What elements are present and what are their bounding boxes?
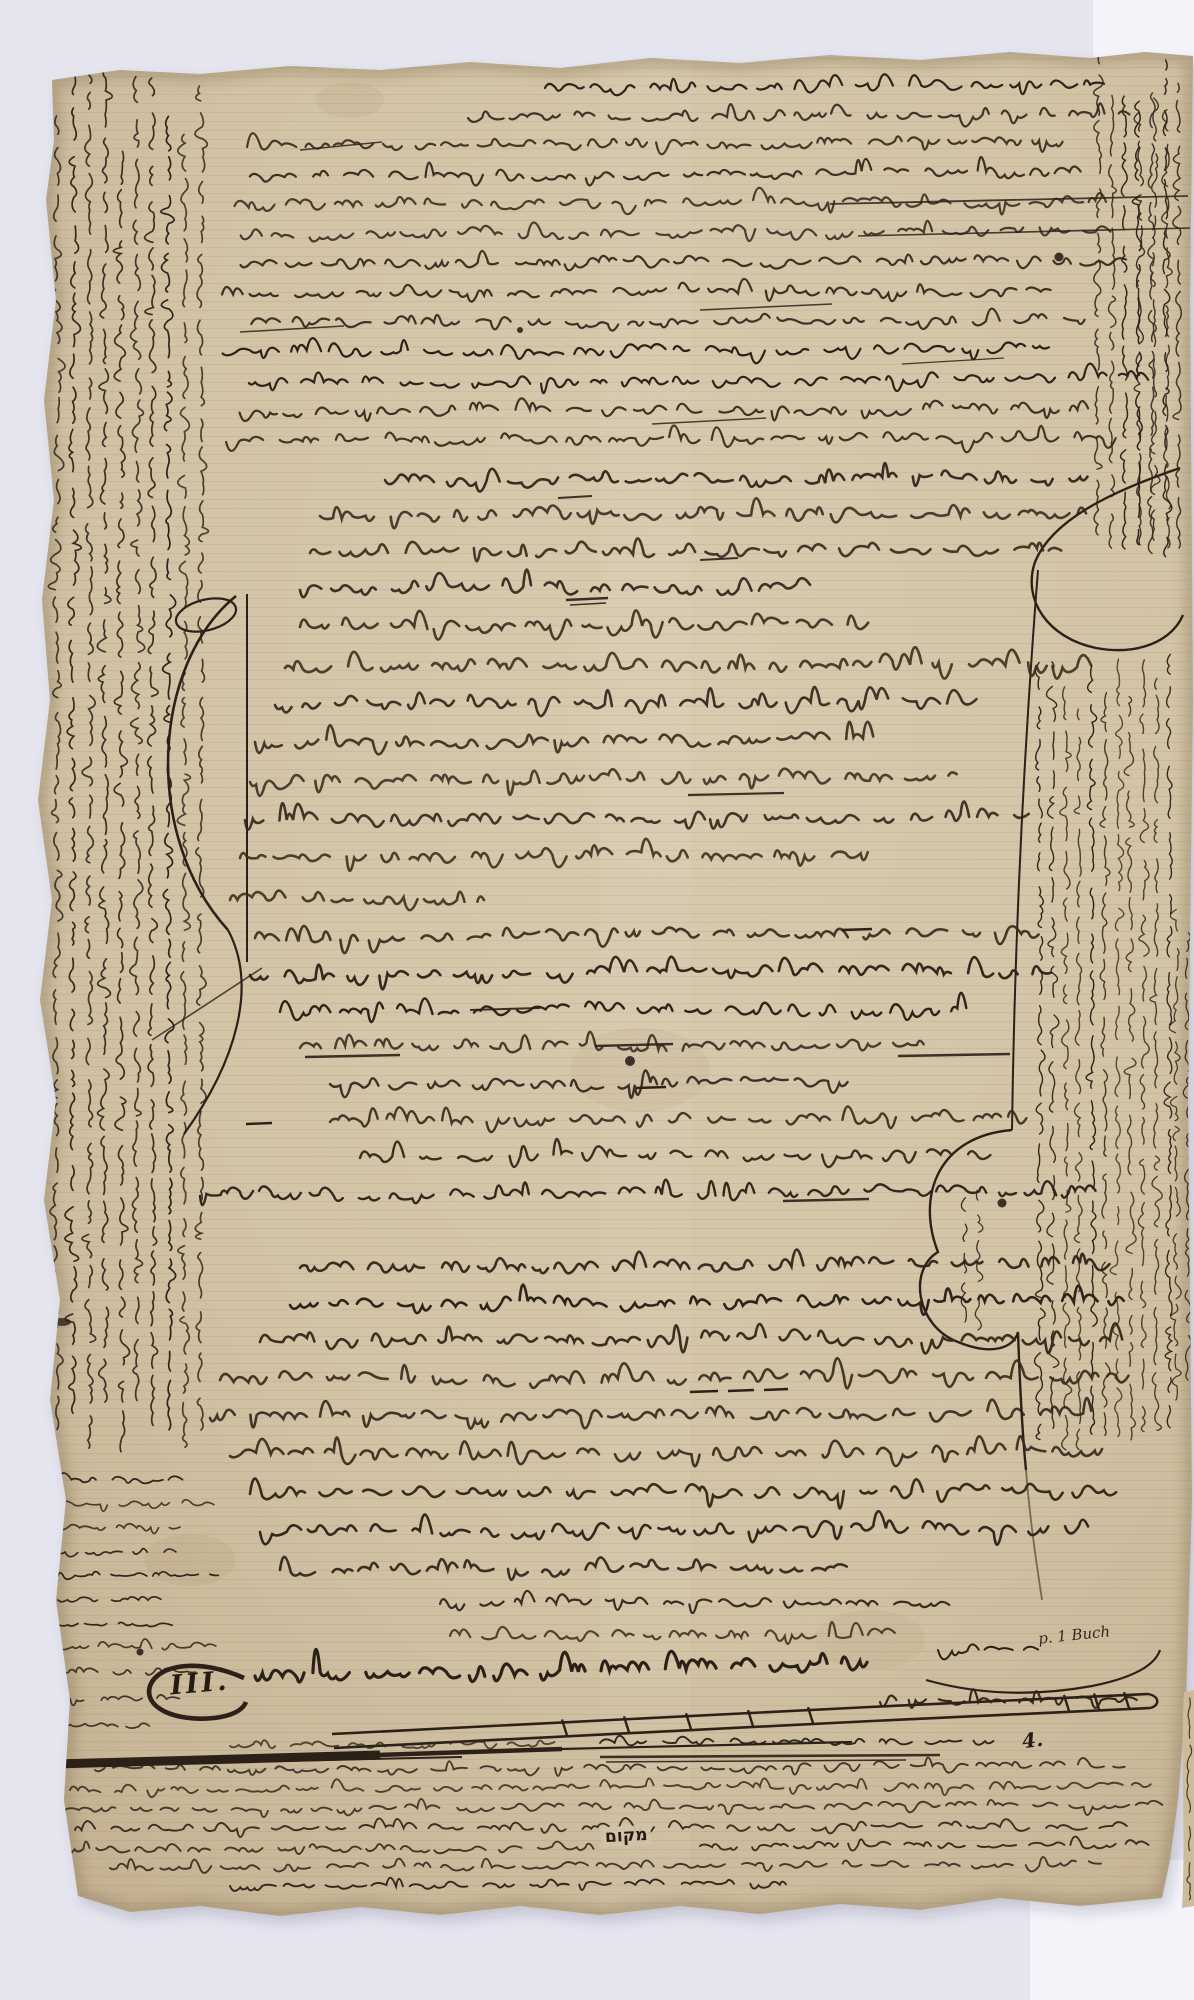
manuscript-scan: III. p. 1 Buch מקום 4. bbox=[0, 0, 1194, 2000]
adjacent-sheet-sliver bbox=[1182, 1680, 1194, 1908]
manuscript-artwork bbox=[0, 0, 1194, 2000]
